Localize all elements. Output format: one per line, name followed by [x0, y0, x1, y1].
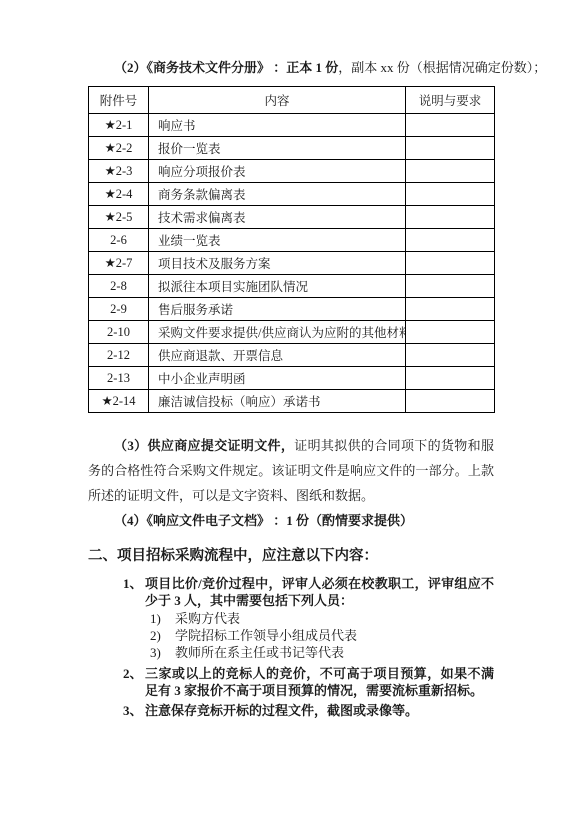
attachment-content-cell: 中小企业声明函	[149, 367, 406, 390]
sub-item-1: 1) 采购方代表	[88, 611, 494, 628]
attachment-content-cell: 采购文件要求提供/供应商认为应附的其他材料	[149, 321, 406, 344]
attachment-id-cell: 2-12	[89, 344, 149, 367]
sub-item-2-number: 2)	[150, 628, 175, 645]
table-row: 2-6 业绩一览表	[89, 229, 495, 252]
attachment-table: 附件号 内容 说明与要求 ★2-1 响应书 ★2-2 报价一览表	[88, 86, 495, 413]
attachment-content-cell: 售后服务承诺	[149, 298, 406, 321]
table-row: ★2-5 技术需求偏离表	[89, 206, 495, 229]
attachment-note-cell	[406, 298, 495, 321]
attachment-content-cell: 响应书	[149, 114, 406, 137]
attachment-note-cell	[406, 229, 495, 252]
list-item-1-number: 1、	[123, 575, 145, 609]
para-electronic-doc: （4）《响应文件电子文档》 ：1 份（酌情要求提供）	[88, 508, 494, 533]
attachment-id-cell: ★2-3	[89, 160, 149, 183]
header-notes: 说明与要求	[406, 87, 495, 114]
sub-item-3-text: 教师所在系主任或书记等代表	[175, 645, 494, 662]
intro-line-bold: （2）《商务技术文件分册》 ：正本 1 份	[114, 60, 338, 75]
list-item-1: 1、 项目比价/竞价过程中，评审人必须在校教职工，评审组应不少于 3 人，其中需…	[88, 575, 494, 609]
attachment-content-cell: 供应商退款、开票信息	[149, 344, 406, 367]
intro-line: （2）《商务技术文件分册》 ：正本 1 份，副本 xx 份（根据情况确定份数）；	[88, 58, 494, 78]
attachment-note-cell	[406, 367, 495, 390]
attachment-id-cell: 2-8	[89, 275, 149, 298]
attachment-id-cell: 2-6	[89, 229, 149, 252]
attachment-content-cell: 技术需求偏离表	[149, 206, 406, 229]
attachment-note-cell	[406, 390, 495, 413]
list-item-2: 2、 三家或以上的竞标人的竞价，不可高于项目预算，如果不满足有 3 家报价不高于…	[88, 665, 494, 699]
list-item-3-number: 3、	[123, 702, 145, 719]
notes-list: 1、 项目比价/竞价过程中，评审人必须在校教职工，评审组应不少于 3 人，其中需…	[88, 575, 494, 719]
list-item-1-sublist: 1) 采购方代表 2) 学院招标工作领导小组成员代表 3) 教师所在系主任或书记…	[88, 611, 494, 662]
table-row: 2-8 拟派往本项目实施团队情况	[89, 275, 495, 298]
attachment-content-cell: 廉洁诚信投标（响应）承诺书	[149, 390, 406, 413]
sub-item-3-number: 3)	[150, 645, 175, 662]
table-row: ★2-2 报价一览表	[89, 137, 495, 160]
attachment-content-cell: 响应分项报价表	[149, 160, 406, 183]
attachment-note-cell	[406, 275, 495, 298]
attachment-note-cell	[406, 321, 495, 344]
attachment-note-cell	[406, 252, 495, 275]
attachment-note-cell	[406, 344, 495, 367]
attachment-note-cell	[406, 206, 495, 229]
list-item-3-text: 注意保存竞标开标的过程文件，截图或录像等。	[145, 702, 494, 719]
attachment-id-cell: ★2-1	[89, 114, 149, 137]
table-row: ★2-14 廉洁诚信投标（响应）承诺书	[89, 390, 495, 413]
sub-item-1-number: 1)	[150, 611, 175, 628]
table-row: ★2-3 响应分项报价表	[89, 160, 495, 183]
attachment-id-cell: 2-10	[89, 321, 149, 344]
sub-item-1-text: 采购方代表	[175, 611, 494, 628]
list-item-2-number: 2、	[123, 665, 145, 699]
attachment-id-cell: ★2-4	[89, 183, 149, 206]
table-row: 2-12 供应商退款、开票信息	[89, 344, 495, 367]
header-attachment-no: 附件号	[89, 87, 149, 114]
table-row: 2-13 中小企业声明函	[89, 367, 495, 390]
sub-item-3: 3) 教师所在系主任或书记等代表	[88, 645, 494, 662]
header-content: 内容	[149, 87, 406, 114]
table-row: ★2-7 项目技术及服务方案	[89, 252, 495, 275]
attachment-content-cell: 项目技术及服务方案	[149, 252, 406, 275]
list-item-1-text: 项目比价/竞价过程中，评审人必须在校教职工，评审组应不少于 3 人，其中需要包括…	[145, 575, 494, 609]
para-certification: （3）供应商应提交证明文件，证明其拟供的合同项下的货物和服务的合格性符合采购文件…	[88, 433, 494, 508]
para-certification-bold: （3）供应商应提交证明文件，	[114, 438, 294, 453]
table-row: 2-10 采购文件要求提供/供应商认为应附的其他材料	[89, 321, 495, 344]
attachment-note-cell	[406, 160, 495, 183]
attachment-id-cell: ★2-14	[89, 390, 149, 413]
table-row: 2-9 售后服务承诺	[89, 298, 495, 321]
attachment-note-cell	[406, 183, 495, 206]
table-body: ★2-1 响应书 ★2-2 报价一览表 ★2-3 响应分项报价表	[89, 114, 495, 413]
attachment-note-cell	[406, 114, 495, 137]
table-row: ★2-4 商务条款偏离表	[89, 183, 495, 206]
attachment-id-cell: ★2-7	[89, 252, 149, 275]
list-item-3: 3、 注意保存竞标开标的过程文件，截图或录像等。	[88, 702, 494, 719]
table-header-row: 附件号 内容 说明与要求	[89, 87, 495, 114]
list-item-2-text: 三家或以上的竞标人的竞价，不可高于项目预算，如果不满足有 3 家报价不高于项目预…	[145, 665, 494, 699]
table-row: ★2-1 响应书	[89, 114, 495, 137]
sub-item-2: 2) 学院招标工作领导小组成员代表	[88, 628, 494, 645]
attachment-id-cell: ★2-5	[89, 206, 149, 229]
attachment-id-cell: 2-13	[89, 367, 149, 390]
attachment-id-cell: 2-9	[89, 298, 149, 321]
attachment-content-cell: 拟派往本项目实施团队情况	[149, 275, 406, 298]
attachment-id-cell: ★2-2	[89, 137, 149, 160]
document-page: （2）《商务技术文件分册》 ：正本 1 份，副本 xx 份（根据情况确定份数）；…	[0, 0, 583, 827]
sub-item-2-text: 学院招标工作领导小组成员代表	[175, 628, 494, 645]
attachment-content-cell: 业绩一览表	[149, 229, 406, 252]
section-two-heading: 二、项目招标采购流程中，应注意以下内容：	[88, 545, 494, 567]
attachment-content-cell: 报价一览表	[149, 137, 406, 160]
intro-line-regular: ，副本 xx 份（根据情况确定份数）；	[338, 60, 546, 75]
attachment-content-cell: 商务条款偏离表	[149, 183, 406, 206]
attachment-note-cell	[406, 137, 495, 160]
